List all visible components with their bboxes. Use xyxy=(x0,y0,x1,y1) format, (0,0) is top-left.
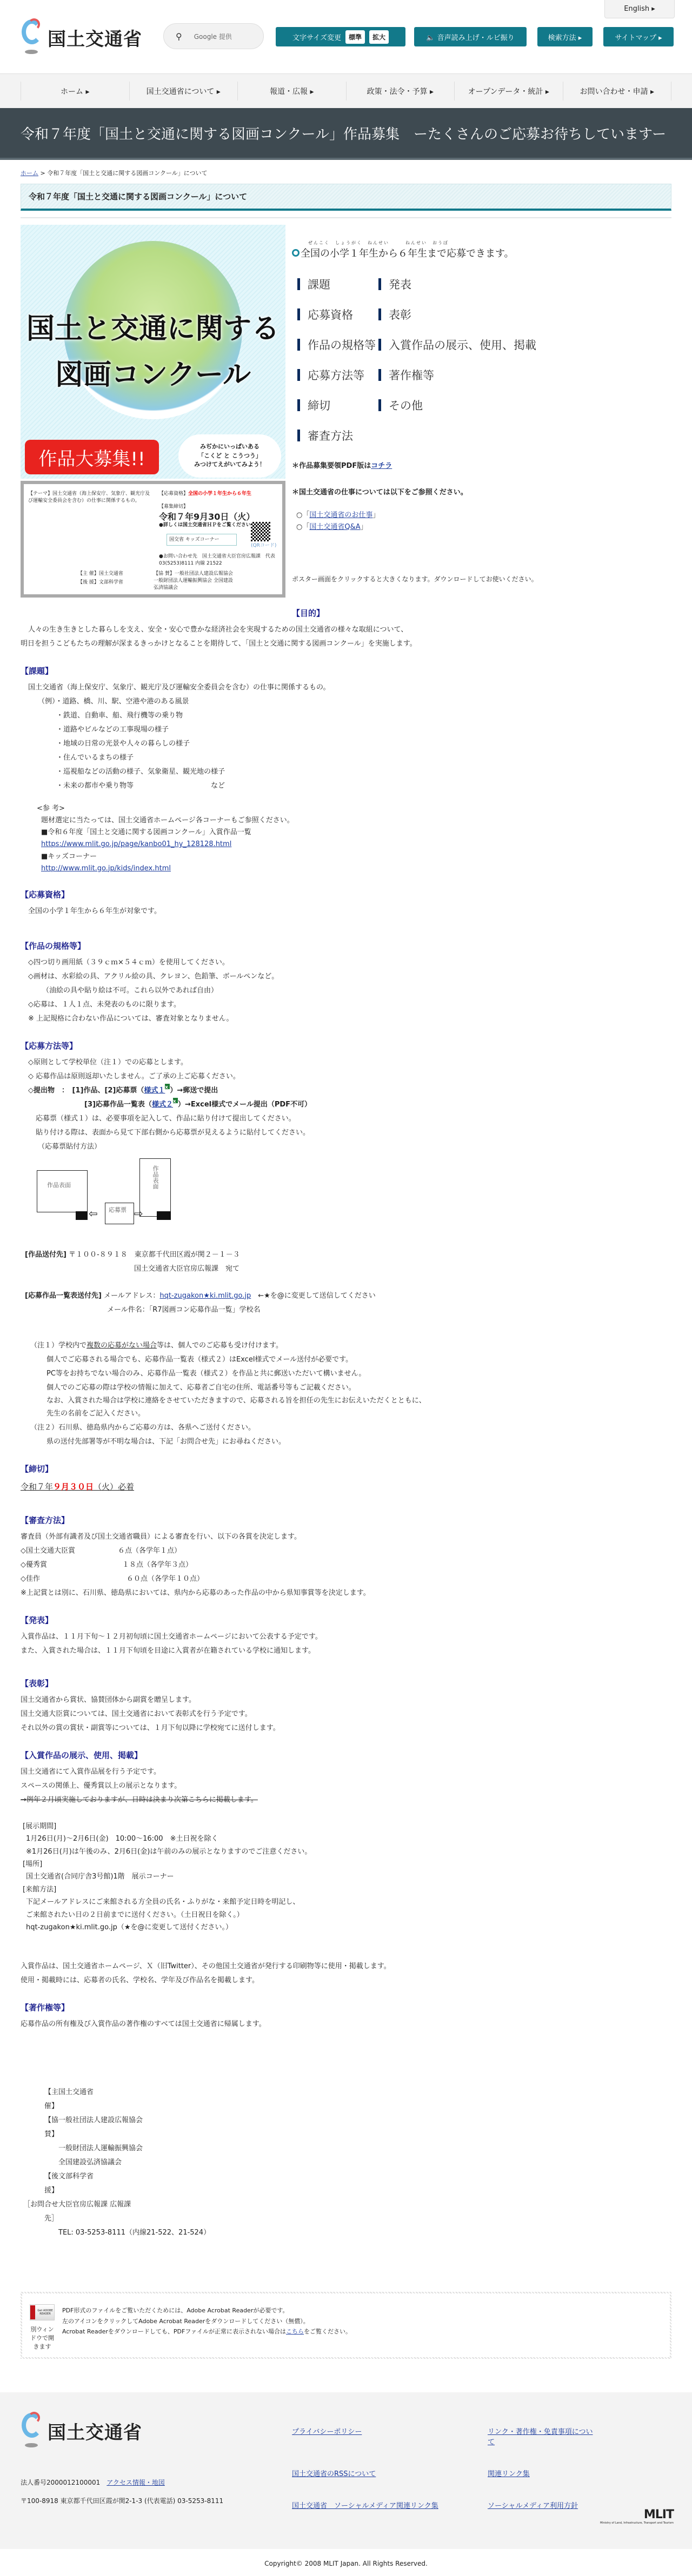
search-input[interactable]: ⚲Google 提供 xyxy=(163,23,264,49)
ref-heading: <参 考> xyxy=(21,803,671,815)
award-text: 国土交通大臣賞については、国土交通省において表彰式を行う予定です。 xyxy=(21,1707,671,1721)
exhibit-line: [場所] xyxy=(21,1858,671,1870)
work-link[interactable]: 国土交通省のお仕事 xyxy=(309,511,372,519)
deadline-section: 【締切】 令和７年９月３０日（火）必着 xyxy=(21,1463,671,1495)
form1-link[interactable]: 様式１ xyxy=(144,1086,165,1095)
award-name: ◇優秀賞 xyxy=(21,1558,122,1572)
exhibit-text: 国土交通省にて入賞作品展を行う予定です。 xyxy=(21,1765,671,1779)
note1-line: 個人でのご応募の際は学校の情報に加えて、応募者ご自宅の住所、電話番号等もご記載く… xyxy=(21,1381,671,1395)
footer-link-privacy[interactable]: プライバシーポリシー xyxy=(292,2426,488,2446)
org-key xyxy=(21,2142,58,2156)
address-label: [作品送付先] xyxy=(25,1251,66,1259)
poster-title-2: 図画コンクール xyxy=(21,352,285,392)
poster-elig: 全国の小学１年生から６年生 xyxy=(188,491,251,497)
exhibit-strike: →例年２月頃実施しておりますが、日時は決まり次第こちらに掲載します。 xyxy=(21,1793,671,1807)
poster-theme: 【テーマ】国土交通省（海上保安庁、気象庁、観光庁及び運輸安全委員会を含む）の仕事… xyxy=(28,491,152,505)
toc-item[interactable]: 著作権等 xyxy=(378,367,671,383)
example-item: ・巡視船などの活動の様子、気象衛星、観光地の様子 xyxy=(21,765,671,779)
method-text: 応募票（様式１）は、必要事項を記入して、作品に貼り付けて提出してください。 xyxy=(21,1112,671,1126)
site-footer: 国土交通省 法人番号2000012100001 アクセス情報・地図 〒100-8… xyxy=(0,2392,692,2549)
example-label: （例） xyxy=(38,697,56,706)
copyright-section: 【著作権等】 応募作品の所有権及び入賞作品の著作権のすべては国土交通省に帰属しま… xyxy=(21,2002,671,2031)
spec-item: ◇四つ切り画用紙（３９ｃｍ×５４ｃｍ）を使用してください。 xyxy=(21,956,671,970)
exhibit-text: スペースの関係上、優秀賞以上の展示となります。 xyxy=(21,1779,671,1793)
announce-text: また、入賞された場合は、１１月下旬頃を目途に入賞者が在籍されている学校に通知しま… xyxy=(21,1644,671,1658)
qa-link[interactable]: 国土交通省Q&A xyxy=(309,523,360,531)
section-heading: 【応募資格】 xyxy=(21,889,671,900)
main-content: 令和７年度「国土と交通に関する図画コンクール」について 国土と交通に関する 図画… xyxy=(21,184,671,2359)
toc-item[interactable]: 表彰 xyxy=(378,306,671,323)
toc-item[interactable]: 応募方法等 xyxy=(297,367,378,383)
footer-logo-text: 国土交通省 xyxy=(48,2418,142,2444)
footer-links: プライバシーポリシー リンク・著作権・免責事項について 国土交通省のRSSについ… xyxy=(292,2426,596,2510)
spec-item: （油絵の具や貼り絵は不可。これら以外であれば自由） xyxy=(21,984,671,998)
ref-text: 題材選定に当たっては、国土交通省ホームページ各コーナーもご参照ください。 xyxy=(21,815,671,827)
note2: （注２）石川県、徳島県内からご応募の方は、各県へご送付ください。 xyxy=(21,1421,671,1435)
note1-underline: 複数の応募がない場合 xyxy=(86,1341,157,1350)
award-count: ６点（各学年１点） xyxy=(118,1544,181,1558)
section-heading: 【表彰】 xyxy=(21,1678,671,1689)
theme-text: 国土交通省（海上保安庁、気象庁、観光庁及び運輸安全委員会を含む）の仕事に関係する… xyxy=(21,681,671,695)
note1: （注１）学校内で xyxy=(30,1341,86,1350)
method-text: 貼り付ける際は、表面から見て下部右側から応募票が見えるように貼付してください。 xyxy=(21,1126,671,1140)
announce-text: 入賞作品は、１１月下旬～１２月初旬頃に国土交通省ホームページにおいて公表する予定… xyxy=(21,1630,671,1644)
spec-section: 【作品の規格等】 ◇四つ切り画用紙（３９ｃｍ×５４ｃｍ）を使用してください。 ◇… xyxy=(21,940,671,1026)
mail-pre: メールアドレス： xyxy=(104,1292,159,1300)
judging-section: 【審査方法】 審査員（外部有識者及び国土交通省職員）による審査を行い、以下の各賞… xyxy=(21,1514,671,1600)
toc-item[interactable]: 締切 xyxy=(297,397,378,413)
section-heading: 【課題】 xyxy=(21,665,671,676)
toc-item[interactable]: その他 xyxy=(378,397,671,413)
ref-item: ■令和６年度「国土と交通に関する図画コンクール」入賞作品一覧 xyxy=(21,827,671,838)
pdf-notice-line: をご覧ください。 xyxy=(304,2328,351,2335)
poster-support: 【後 援】文部科学省 xyxy=(78,579,123,586)
exhibit-line: hqt-zugakon★ki.mlit.go.jp（★を@に変更して送付ください… xyxy=(21,1921,671,1934)
poster-host: 【主 催】国土交通省 xyxy=(78,571,123,578)
toc-item[interactable]: 発表 xyxy=(378,276,671,292)
spec-item: ◇画材は、水彩絵の具、アクリル絵の具、クレヨン、色鉛筆、ボールペンなど。 xyxy=(21,970,671,984)
site-logo[interactable]: 国土交通省 xyxy=(21,18,142,56)
corporate-number: 法人番号2000012100001 xyxy=(21,2479,100,2486)
nav-policy[interactable]: 政策・法令・予算 ▸ xyxy=(346,82,455,100)
note1-line: 先生の名前をご記入ください。 xyxy=(21,1407,671,1421)
footer-link-related[interactable]: 関連リンク集 xyxy=(488,2468,596,2478)
footer-logo[interactable]: 国土交通省 xyxy=(21,2412,142,2450)
method-text: ◇ 応募作品は原則返却いたしません。ご了承の上ご応募ください。 xyxy=(21,1070,671,1084)
usage-text: 使用・掲載時には、応募者の氏名、学校名、学年及び作品名を掲載します。 xyxy=(21,1974,671,1988)
judging-note: ※上記賞とは別に、石川県、徳島県においては、県内から応募のあった作品の中から県知… xyxy=(21,1586,671,1600)
page-title: 令和７年度「国土と交通に関する図画コンクール」について xyxy=(21,184,671,211)
search-icon: ⚲ xyxy=(176,31,182,42)
section-heading: 【目的】 xyxy=(292,607,671,619)
copyright: Copyright© 2008 MLIT Japan. All Rights R… xyxy=(0,2549,692,2576)
poster-cloud: みぢかにいっぱいある 「こくど と こうつう」 みつけてえがいてみよう！ xyxy=(178,434,281,478)
section-heading: 【審査方法】 xyxy=(21,1514,671,1526)
award-text: それ以外の賞の賞状・副賞等については、１月下旬以降に学校宛てに送付します。 xyxy=(21,1721,671,1735)
award-text: 国土交通省から賞状、協賛団体から副賞を贈呈します。 xyxy=(21,1693,671,1707)
announce-section: 【発表】 入賞作品は、１１月下旬～１２月初旬頃に国土交通省ホームページにおいて公… xyxy=(21,1614,671,1658)
exhibit-section: 【入賞作品の展示、使用、掲載】 国土交通省にて入賞作品展を行う予定です。 スペー… xyxy=(21,1749,671,1988)
poster: 国土と交通に関する 図画コンクール 作品大募集!! みぢかにいっぱいある 「こく… xyxy=(21,225,285,623)
poster-deadline-label: 【募集締切】 xyxy=(159,504,188,509)
award-section: 【表彰】 国土交通省から賞状、協賛団体から副賞を贈呈します。 国土交通大臣賞につ… xyxy=(21,1678,671,1735)
breadcrumb: ホーム > 令和７年度「国土と交通に関する図画コンクール」について xyxy=(0,160,692,184)
theme-section: 【課題】 国土交通省（海上保安庁、気象庁、観光庁及び運輸安全委員会を含む）の仕事… xyxy=(21,665,671,875)
nav-opendata[interactable]: オープンデータ・統計 ▸ xyxy=(454,82,563,100)
pdf-notice-line: Acrobat Readerをダウンロードしても、PDFファイルが正常に表示され… xyxy=(62,2328,286,2335)
nav-about[interactable]: 国土交通省について ▸ xyxy=(129,82,238,100)
spec-item: ※ 上記規格に合わない作品については、審査対象となりません。 xyxy=(21,1012,671,1026)
submission-text: ）→Excel様式でメール提出（PDF不可） xyxy=(178,1101,311,1109)
poster-detail: ●詳しくは国土交通省ＨＰをご覧ください。 xyxy=(159,522,256,529)
submission-text: ）→郵送で提出 xyxy=(170,1086,218,1095)
section-heading: 【応募方法等】 xyxy=(21,1040,671,1051)
search-method-button[interactable]: 検索方法 ▸ xyxy=(537,27,593,46)
lead-ruby: ぜんこく しょうがく ねんせい ねんせい おうぼ xyxy=(292,240,671,246)
font-large-button[interactable]: 拡大 xyxy=(369,30,389,44)
mlit-logo-icon xyxy=(21,18,44,56)
toc: 課題 発表 応募資格 表彰 作品の規格等 入賞作品の展示、使用、掲載 応募方法等… xyxy=(292,276,671,444)
ref-item: ■キッズコーナー xyxy=(21,851,671,863)
toc-item[interactable]: 課題 xyxy=(297,276,378,292)
qr-code-icon xyxy=(251,522,270,541)
breadcrumb-home[interactable]: ホーム xyxy=(21,170,38,177)
breadcrumb-sep: > xyxy=(38,170,47,177)
section-heading: 【発表】 xyxy=(21,1614,671,1626)
mail-label: [応募作品一覧表送付先] xyxy=(25,1292,102,1300)
spec-item: ◇応募は、１人１点、未発表のものに限ります。 xyxy=(21,998,671,1012)
poster-elig-label: 【応募資格】 xyxy=(159,491,188,497)
poster-deadline: 令和７年9月30日（火） xyxy=(159,512,255,522)
award-name: ◇佳作 xyxy=(21,1572,127,1586)
deadline-date: ９月３０日 xyxy=(53,1482,94,1492)
nav-contact[interactable]: お問い合わせ・申請 ▸ xyxy=(563,82,672,100)
english-link[interactable]: English ▸ xyxy=(604,0,675,18)
award-count: ６０点（各学年１０点） xyxy=(127,1572,204,1586)
footer-address: 〒100-8918 東京都千代田区霞が関2-1-3 (代表電話) 03-5253… xyxy=(21,2496,223,2505)
org-key: ［お問合せ先］ xyxy=(21,2198,58,2226)
lead-text: 全国の小学１年生から６年生まで応募できます。 xyxy=(301,246,514,260)
toc-item[interactable]: 作品の規格等 xyxy=(297,337,378,353)
note1-line: PC等をお持ちでない場合のみ、応募作品一覧表（様式２）を作品と共に郵送いただいて… xyxy=(21,1367,671,1381)
org-key: 【協 賛】 xyxy=(21,2114,58,2142)
example-item: ・道路、橋、川、駅、空港や港のある風景 xyxy=(56,697,189,706)
org-value: 大臣官房広報課 広報課 xyxy=(58,2198,131,2226)
footer-link-social-links[interactable]: 国土交通省 ソーシャルメディア関連リンク集 xyxy=(292,2500,488,2510)
kids-link[interactable]: http://www.mlit.go.jp/kids/index.html xyxy=(41,864,171,873)
arrow-right-icon: ⇨ xyxy=(134,1207,143,1220)
exhibit-line: [展示期間] xyxy=(21,1820,671,1833)
exhibit-line: ※1月26日(月)は午後のみ、2月6日(金)は午前のみの展示となりますのでご注意… xyxy=(21,1846,671,1858)
section-heading: 【作品の規格等】 xyxy=(21,940,671,951)
mail-post: ←★を@に変更して送信してください xyxy=(251,1292,376,1300)
pdf-notice-line: 左のアイコンをクリックしてAdobe Acrobat Readerをダウンロード… xyxy=(62,2316,351,2326)
org-value: 全国建設弘済協議会 xyxy=(58,2156,122,2170)
intro-panel: ぜんこく しょうがく ねんせい ねんせい おうぼ 全国の小学１年生から６年生まで… xyxy=(285,225,671,623)
section-heading: 【締切】 xyxy=(21,1463,671,1474)
org-key xyxy=(21,2156,58,2170)
font-size-control: 文字サイズ変更標準拡大 xyxy=(276,27,405,46)
poster-title-1: 国土と交通に関する xyxy=(21,306,285,346)
form2-link[interactable]: 様式２ xyxy=(152,1101,173,1109)
method-section: 【応募方法等】 ◇原則として学校単位（注１）での応募とします。 ◇ 応募作品は原… xyxy=(21,1040,671,1449)
submission-label: ◇提出物 ： xyxy=(28,1086,65,1095)
ref-link[interactable]: https://www.mlit.go.jp/page/kanbo01_hy_1… xyxy=(41,840,231,848)
poster-info[interactable]: 【テーマ】国土交通省（海上保安庁、気象庁、観光庁及び運輸安全委員会を含む）の仕事… xyxy=(21,481,285,598)
poster-cosponsor: 【協 賛】一般社団法人建設広報協会 一般財団法人運輸振興協会 全国建設弘済協議会 xyxy=(154,571,235,592)
method-text: （応募票貼付方法） xyxy=(21,1140,671,1154)
mail-subject: メール件名：「R7図画コン応募作品一覧」学校名 xyxy=(21,1303,671,1317)
diagram-ticket: 応募票 xyxy=(105,1203,134,1224)
award-count: １８点（各学年３点） xyxy=(122,1558,192,1572)
example-item: ・道路やビルなどの工事現場の様子 xyxy=(21,723,671,737)
method-text: ◇原則として学校単位（注１）での応募とします。 xyxy=(21,1056,671,1070)
pdf-link[interactable]: コチラ xyxy=(371,462,392,470)
diagram-face-vertical: 作品表面 xyxy=(139,1158,171,1217)
adobe-caption: 別ウィンドウで開きます xyxy=(30,2325,55,2351)
page-banner: 令和７年度「国土と交通に関する図画コンクール」作品募集 ーたくさんのご応募お待ち… xyxy=(0,108,692,160)
note1-line: なお、入賞された場合は学校に連絡をさせていただきますので、応募される旨を担任の先… xyxy=(21,1395,671,1407)
note1: 等は、個人でのご応募も受け付けます。 xyxy=(157,1341,283,1350)
adobe-reader-icon: Get ADOBE READER xyxy=(30,2304,55,2320)
judging-text: 審査員（外部有識者及び国土交通省職員）による審査を行い、以下の各賞を決定します。 xyxy=(21,1530,671,1544)
purpose-text: 人々の生き生きとした暮らしを支え、安全・安心で豊かな経済社会を実現するための国土… xyxy=(21,623,671,637)
work-note: ＊国土交通省の仕事については以下をご参照ください。 xyxy=(292,486,671,497)
org-value: TEL: 03-5253-8111（内線21-522、21-524） xyxy=(58,2226,210,2240)
access-link[interactable]: アクセス情報・地図 xyxy=(107,2479,165,2486)
note2-line: 県の送付先部署等が不明な場合は、下記「お問合せ先」にお尋ねください。 xyxy=(21,1435,671,1449)
mlit-logo-icon xyxy=(21,2412,44,2450)
attach-diagram: 作品表面 作品表面 応募票 ⇦ ⇨ xyxy=(31,1158,671,1234)
pdf-notice-line: PDF形式のファイルをご覧いただくためには、Adobe Acrobat Read… xyxy=(62,2305,351,2316)
pdf-note: ＊作品募集要領PDF版は xyxy=(292,462,371,470)
usage-text: 入賞作品は、国土交通省ホームページ、Ｘ（旧Twitter）、その他国土交通省が発… xyxy=(21,1960,671,1974)
arrow-left-icon: ⇦ xyxy=(89,1207,98,1220)
toc-item[interactable]: 応募資格 xyxy=(297,306,378,323)
address-recipient: 国土交通省大臣官房広報課 宛て xyxy=(21,1262,671,1276)
section-heading: 【入賞作品の展示、使用、掲載】 xyxy=(21,1749,671,1761)
font-size-label: 文字サイズ変更 xyxy=(292,32,341,42)
toc-item[interactable]: 入賞作品の展示、使用、掲載 xyxy=(378,337,671,353)
poster-contact: ●お問い合わせ先 国土交通省大臣官房広報課 代表 03(5253)8111 内線… xyxy=(159,553,278,567)
excel-icon: X xyxy=(173,1098,178,1103)
breadcrumb-current: 令和７年度「国土と交通に関する図画コンクール」について xyxy=(47,170,207,177)
copyright-text: 応募作品の所有権及び入賞作品の著作権のすべては国土交通省に帰属します。 xyxy=(21,2017,671,2031)
logo-text: 国土交通省 xyxy=(48,24,142,51)
note1-line: 個人でご応募される場合でも、応募作品一覧表（様式２）はExcel様式でメール送付… xyxy=(21,1353,671,1367)
org-value: 一般社団法人建設広報協会 xyxy=(58,2114,143,2142)
org-key: 【後 援】 xyxy=(21,2170,58,2198)
sitemap-button[interactable]: サイトマップ ▸ xyxy=(603,27,674,46)
org-value: 国土交通省 xyxy=(58,2085,94,2114)
adobe-reader-button[interactable]: Get ADOBE READER 別ウィンドウで開きます xyxy=(30,2304,55,2346)
poster-qr: (QRコード) xyxy=(251,542,276,549)
exhibit-line: ご来館されたい日の２日前までに送付ください。（土日祝日を除く。） xyxy=(21,1909,671,1921)
exhibit-line: [来館方法] xyxy=(21,1883,671,1896)
eligibility-section: 【応募資格】 全国の小学１年生から６年生が対象です。 xyxy=(21,889,671,918)
mlit-wordmark: MLITMinistry of Land, Infrastructure, Tr… xyxy=(600,2508,674,2525)
global-nav: ホーム ▸ 国土交通省について ▸ 報道・広報 ▸ 政策・法令・予算 ▸ オープ… xyxy=(0,73,692,108)
diagram-face: 作品表面 xyxy=(37,1170,88,1212)
purpose-text: 明日を担うこどもたちの理解が深まるきっかけとなることを期待して、「国土と交通に関… xyxy=(21,637,671,651)
pdf-reader-notice: Get ADOBE READER 別ウィンドウで開きます PDF形式のファイルを… xyxy=(21,2292,671,2359)
exhibit-line: 1月26日(月)～2月6日(金) 10:00～16:00 ※土日祝を除く xyxy=(21,1833,671,1845)
nav-press[interactable]: 報道・広報 ▸ xyxy=(237,82,346,100)
eligibility-text: 全国の小学１年生から６年生が対象です。 xyxy=(21,904,671,918)
org-key xyxy=(21,2226,58,2240)
exhibit-line: 国土交通省(合同庁舎3号館)1階 展示コーナー xyxy=(21,1870,671,1883)
org-value: 一般財団法人運輸振興協会 xyxy=(58,2142,143,2156)
poster-tag: 作品大募集!! xyxy=(25,440,159,474)
example-item: ・鉄道、自動車、船、飛行機等の乗り物 xyxy=(21,709,671,723)
example-item: ・住んでいるまちの様子 xyxy=(21,751,671,765)
poster-image[interactable]: 国土と交通に関する 図画コンクール 作品大募集!! みぢかにいっぱいある 「こく… xyxy=(21,225,285,479)
footer-link-social-policy[interactable]: ソーシャルメディア利用方針 xyxy=(488,2500,596,2510)
nav-home[interactable]: ホーム ▸ xyxy=(21,82,129,100)
poster-caption: ポスター画面をクリックすると大きくなります。ダウンロードしてお使いください。 xyxy=(292,574,671,583)
org-value: 文部科学省 xyxy=(58,2170,94,2198)
example-item: ・未来の都市や乗り物等 など xyxy=(21,779,671,793)
address: 〒１００-８９１８ 東京都千代田区霞が関２－１－３ xyxy=(69,1251,240,1259)
font-standard-button[interactable]: 標準 xyxy=(345,30,365,44)
purpose-section: 人々の生き生きとした暮らしを支え、安全・安心で豊かな経済社会を実現するための国土… xyxy=(21,623,671,651)
org-key: 【主 催】 xyxy=(21,2085,58,2114)
deadline-pre: 令和７年 xyxy=(21,1482,53,1492)
organizer-list: 【主 催】国土交通省 【協 賛】一般社団法人建設広報協会 一般財団法人運輸振興協… xyxy=(21,2085,671,2240)
example-item: ・地域の日常の光景や人々の暮らしの様子 xyxy=(21,737,671,751)
site-header: English ▸ 国土交通省 ⚲Google 提供 文字サイズ変更標準拡大 🔈… xyxy=(0,0,692,73)
toc-item[interactable]: 審査方法 xyxy=(297,427,378,444)
deadline-post: （火）必着 xyxy=(94,1482,134,1492)
speech-button[interactable]: 🔈 音声読み上げ・ルビ振り xyxy=(414,27,527,46)
award-name: ◇国土交通大臣賞 xyxy=(21,1544,118,1558)
submission-text: [3]応募作品一覧表（ xyxy=(84,1101,152,1109)
search-placeholder: Google 提供 xyxy=(194,32,232,41)
poster-search: 国交省 キッズコーナー xyxy=(167,534,237,546)
section-heading: 【著作権等】 xyxy=(21,2002,671,2013)
divider xyxy=(21,217,671,218)
exhibit-line: 下記メールアドレスにご来館される方全員の氏名・ふりがな・来館予定日時を明記し、 xyxy=(21,1896,671,1908)
submission-text: [1]作品、[2]応募票（ xyxy=(72,1086,144,1095)
footer-link-rss[interactable]: 国土交通省のRSSについて xyxy=(292,2468,488,2478)
ring-icon xyxy=(292,249,300,257)
footer-link-copyright[interactable]: リンク・著作権・免責事項について xyxy=(488,2426,596,2446)
pdf-help-link[interactable]: こちら xyxy=(286,2328,304,2335)
mail-link[interactable]: hqt-zugakon★ki.mlit.go.jp xyxy=(159,1292,251,1300)
